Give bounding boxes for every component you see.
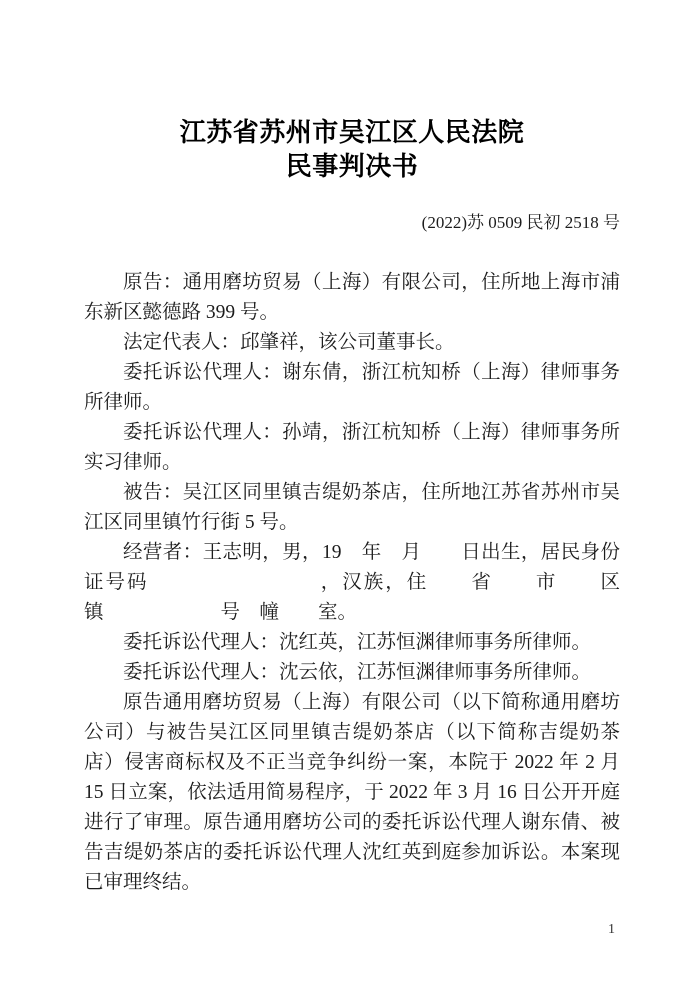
paragraph-defendant-agent-2: 委托诉讼代理人：沈云依，江苏恒渊律师事务所律师。 [84,658,620,688]
paragraph-plaintiff-agent-2: 委托诉讼代理人：孙靖，浙江杭知桥（上海）律师事务所实习律师。 [84,418,620,478]
paragraph-legal-representative: 法定代表人：邱肇祥，该公司董事长。 [84,328,620,358]
case-number: (2022)苏 0509 民初 2518 号 [84,210,620,236]
document-body: 原告：通用磨坊贸易（上海）有限公司，住所地上海市浦东新区懿德路 399 号。 法… [84,268,620,898]
judgment-page: 江苏省苏州市吴江区人民法院 民事判决书 (2022)苏 0509 民初 2518… [0,0,700,990]
document-type: 民事判决书 [84,150,620,184]
paragraph-defendant-agent-1: 委托诉讼代理人：沈红英，江苏恒渊律师事务所律师。 [84,628,620,658]
paragraph-plaintiff-agent-1: 委托诉讼代理人：谢东倩，浙江杭知桥（上海）律师事务所律师。 [84,358,620,418]
paragraph-plaintiff: 原告：通用磨坊贸易（上海）有限公司，住所地上海市浦东新区懿德路 399 号。 [84,268,620,328]
document-title: 江苏省苏州市吴江区人民法院 民事判决书 [84,116,620,184]
document-content: 江苏省苏州市吴江区人民法院 民事判决书 (2022)苏 0509 民初 2518… [0,0,700,898]
page-number: 1 [608,922,615,938]
court-name: 江苏省苏州市吴江区人民法院 [84,116,620,150]
paragraph-operator: 经营者：王志明，男，19 年 月 日出生，居民身份证号码 ，汉族，住 省 市 区… [84,538,620,628]
paragraph-case-summary: 原告通用磨坊贸易（上海）有限公司（以下简称通用磨坊公司）与被告吴江区同里镇吉缇奶… [84,688,620,898]
paragraph-defendant: 被告：吴江区同里镇吉缇奶茶店，住所地江苏省苏州市吴江区同里镇竹行街 5 号。 [84,478,620,538]
